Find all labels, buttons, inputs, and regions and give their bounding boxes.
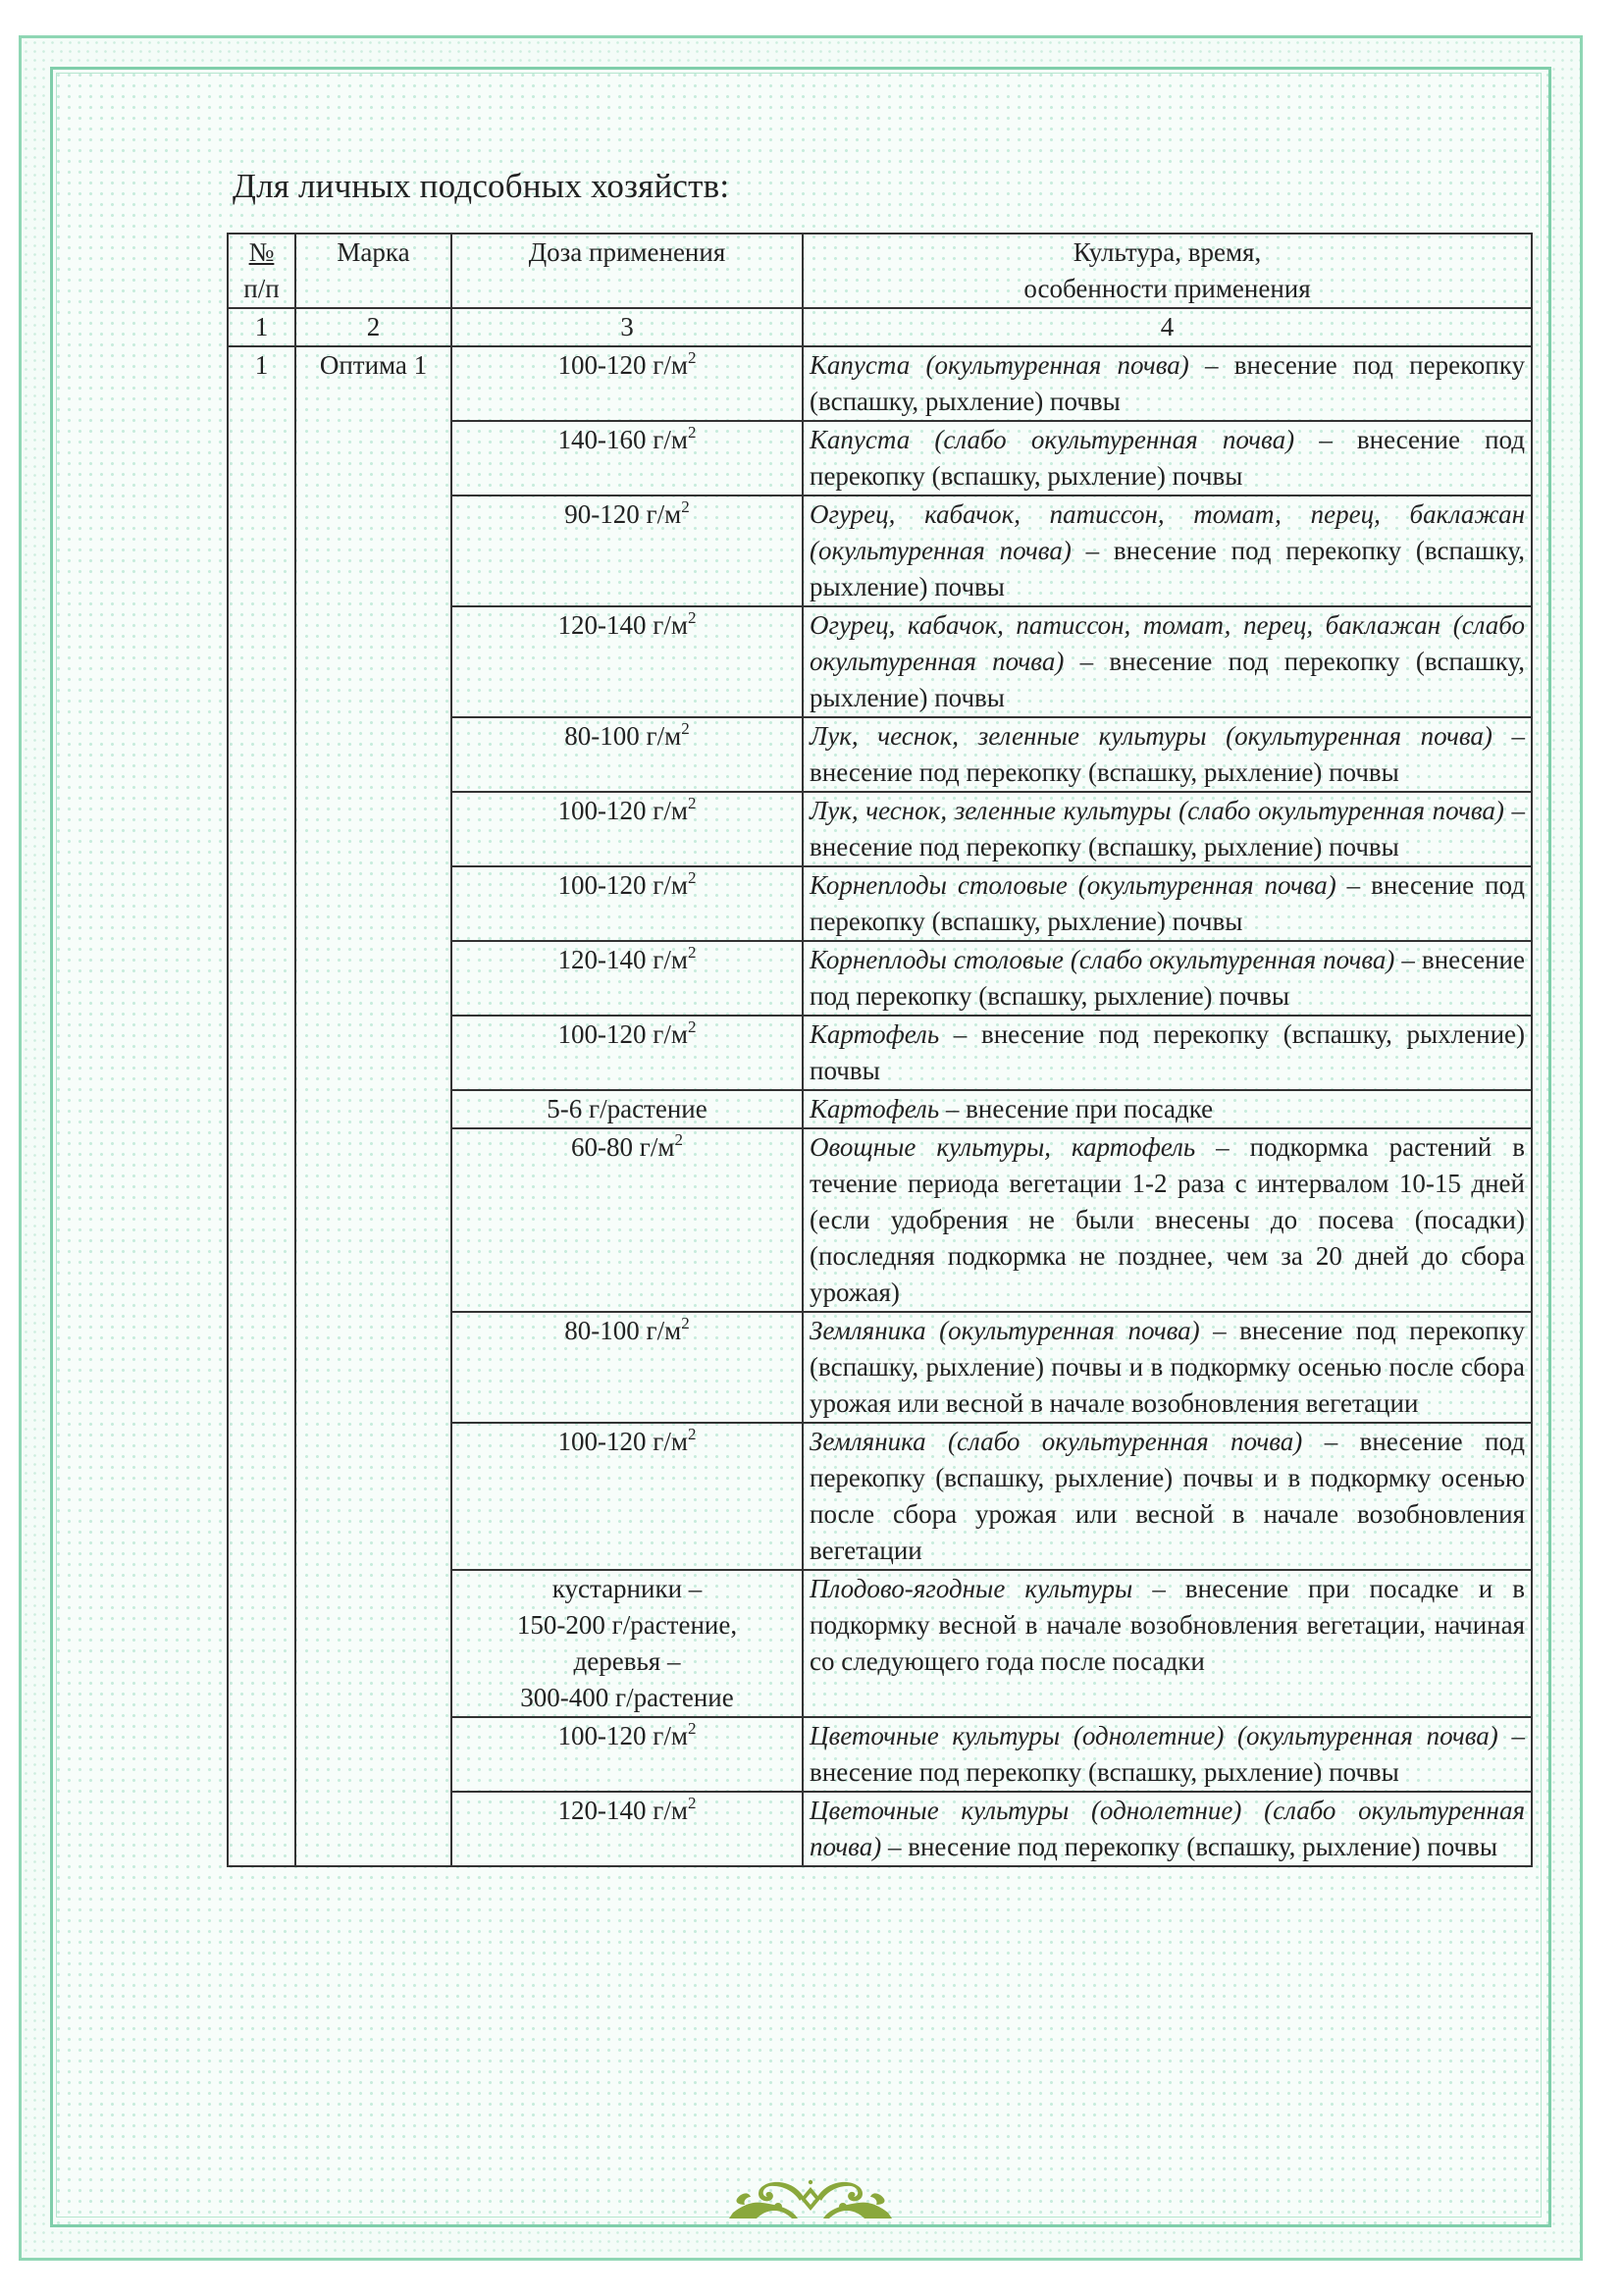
- dose-value: 120-140 г/м: [558, 1796, 688, 1825]
- dose-cell: 120-140 г/м2: [451, 1792, 803, 1866]
- culture-description: Овощные культуры, картофель – подкормка …: [803, 1128, 1532, 1312]
- header-dose: Доза применения: [451, 234, 803, 308]
- culture-description: Корнеплоды столовые (окультуренная почва…: [803, 866, 1532, 941]
- header-culture: Культура, время, особенности применения: [803, 234, 1532, 308]
- table-header-row: № п/п Марка Доза применения Культура, вр…: [228, 234, 1532, 308]
- dose-value: 140-160 г/м: [558, 425, 688, 454]
- dose-line: 150-200 г/растение,: [458, 1607, 796, 1644]
- dose-value: 100-120 г/м: [558, 796, 688, 825]
- dose-value: 80-100 г/м: [564, 721, 681, 751]
- dose-value: 100-120 г/м: [558, 870, 688, 900]
- culture-name: Лук, чеснок, зеленные культуры (слабо ок…: [810, 796, 1504, 825]
- column-number: 4: [803, 308, 1532, 346]
- header-culture-line2: особенности применения: [810, 271, 1525, 307]
- column-number: 1: [228, 308, 295, 346]
- culture-name: Корнеплоды столовые (окультуренная почва…: [810, 870, 1336, 900]
- culture-name: Плодово-ягодные культуры: [810, 1574, 1132, 1603]
- dose-cell: 120-140 г/м2: [451, 941, 803, 1016]
- table-row: 1Оптима 1100-120 г/м2Капуста (окультурен…: [228, 346, 1532, 421]
- culture-description: Огурец, кабачок, патиссон, томат, перец,…: [803, 606, 1532, 717]
- culture-name: Корнеплоды столовые (слабо окультуренная…: [810, 945, 1394, 974]
- dose-value: 80-100 г/м: [564, 1316, 681, 1345]
- dose-unit-exponent: 2: [681, 719, 690, 738]
- dose-cell: 5-6 г/растение: [451, 1090, 803, 1128]
- dose-unit-exponent: 2: [688, 943, 697, 962]
- dose-value: 60-80 г/м: [571, 1132, 674, 1162]
- culture-description: Цветочные культуры (однолетние) (слабо о…: [803, 1792, 1532, 1866]
- culture-name: Земляника (слабо окультуренная почва): [810, 1427, 1302, 1456]
- header-culture-line1: Культура, время,: [810, 235, 1525, 271]
- brand-name: Оптима 1: [295, 346, 451, 1866]
- column-number: 3: [451, 308, 803, 346]
- culture-description: Цветочные культуры (однолетние) (окульту…: [803, 1717, 1532, 1792]
- culture-description: Лук, чеснок, зеленные культуры (слабо ок…: [803, 792, 1532, 866]
- dose-unit-exponent: 2: [688, 1018, 697, 1036]
- dose-line: кустарники –: [458, 1571, 796, 1607]
- dose-cell: 100-120 г/м2: [451, 1016, 803, 1090]
- culture-name: Картофель: [810, 1094, 939, 1123]
- dose-cell: 100-120 г/м2: [451, 792, 803, 866]
- dose-unit-exponent: 2: [688, 423, 697, 442]
- dose-line: 300-400 г/растение: [458, 1680, 796, 1716]
- dose-cell: 80-100 г/м2: [451, 717, 803, 792]
- dose-unit-exponent: 2: [688, 1794, 697, 1812]
- dose-value: 100-120 г/м: [558, 1721, 688, 1750]
- culture-name: Овощные культуры, картофель: [810, 1132, 1195, 1162]
- header-num: № п/п: [228, 234, 295, 308]
- dose-line: деревья –: [458, 1644, 796, 1680]
- dose-value: 120-140 г/м: [558, 945, 688, 974]
- dose-unit-exponent: 2: [688, 608, 697, 627]
- culture-description: Земляника (окультуренная почва) – внесен…: [803, 1312, 1532, 1423]
- dose-cell: 100-120 г/м2: [451, 1717, 803, 1792]
- application-text: – внесение под перекопку (вспашку, рыхле…: [881, 1832, 1497, 1861]
- column-number: 2: [295, 308, 451, 346]
- dose-cell: 100-120 г/м2: [451, 1423, 803, 1570]
- header-num-line2: п/п: [235, 271, 288, 307]
- culture-description: Капуста (окультуренная почва) – внесение…: [803, 346, 1532, 421]
- page-title: Для личных подсобных хозяйств:: [233, 167, 729, 206]
- fertilizer-dosage-table: № п/п Марка Доза применения Культура, вр…: [227, 233, 1533, 1867]
- dose-unit-exponent: 2: [688, 348, 697, 367]
- dose-value: 100-120 г/м: [558, 1427, 688, 1456]
- culture-description: Земляника (слабо окультуренная почва) – …: [803, 1423, 1532, 1570]
- dose-unit-exponent: 2: [688, 868, 697, 887]
- culture-description: Корнеплоды столовые (слабо окультуренная…: [803, 941, 1532, 1016]
- dose-unit-exponent: 2: [688, 1719, 697, 1738]
- culture-name: Капуста (окультуренная почва): [810, 350, 1189, 380]
- dose-cell: 90-120 г/м2: [451, 496, 803, 606]
- dose-unit-exponent: 2: [688, 1425, 697, 1443]
- culture-name: Лук, чеснок, зеленные культуры (окультур…: [810, 721, 1492, 751]
- culture-description: Лук, чеснок, зеленные культуры (окультур…: [803, 717, 1532, 792]
- dose-unit-exponent: 2: [681, 497, 690, 516]
- dose-value: 120-140 г/м: [558, 610, 688, 640]
- header-brand: Марка: [295, 234, 451, 308]
- dose-cell: 120-140 г/м2: [451, 606, 803, 717]
- dose-value: 100-120 г/м: [558, 350, 688, 380]
- dose-value: 100-120 г/м: [558, 1019, 688, 1049]
- dose-cell: 100-120 г/м2: [451, 346, 803, 421]
- dose-unit-exponent: 2: [681, 1314, 690, 1332]
- dose-cell: 100-120 г/м2: [451, 866, 803, 941]
- dose-value: 90-120 г/м: [564, 499, 681, 529]
- culture-description: Огурец, кабачок, патиссон, томат, перец,…: [803, 496, 1532, 606]
- culture-name: Земляника (окультуренная почва): [810, 1316, 1200, 1345]
- culture-name: Капуста (слабо окультуренная почва): [810, 425, 1294, 454]
- dose-cell: 140-160 г/м2: [451, 421, 803, 496]
- application-text: – внесение при посадке: [939, 1094, 1213, 1123]
- culture-description: Картофель – внесение при посадке: [803, 1090, 1532, 1128]
- culture-name: Картофель: [810, 1019, 939, 1049]
- dose-cell: кустарники –150-200 г/растение,деревья –…: [451, 1570, 803, 1717]
- column-number-row: 1 2 3 4: [228, 308, 1532, 346]
- dose-cell: 60-80 г/м2: [451, 1128, 803, 1312]
- dose-unit-exponent: 2: [674, 1130, 683, 1149]
- dose-unit-exponent: 2: [688, 794, 697, 812]
- culture-description: Капуста (слабо окультуренная почва) – вн…: [803, 421, 1532, 496]
- dose-value: 5-6 г/растение: [547, 1094, 707, 1123]
- culture-description: Плодово-ягодные культуры – внесение при …: [803, 1570, 1532, 1717]
- floral-ornament-icon: [727, 2177, 894, 2220]
- row-number: 1: [228, 346, 295, 1866]
- header-num-line1: №: [235, 235, 288, 271]
- culture-description: Картофель – внесение под перекопку (вспа…: [803, 1016, 1532, 1090]
- culture-name: Цветочные культуры (однолетние) (окульту…: [810, 1721, 1498, 1750]
- dose-cell: 80-100 г/м2: [451, 1312, 803, 1423]
